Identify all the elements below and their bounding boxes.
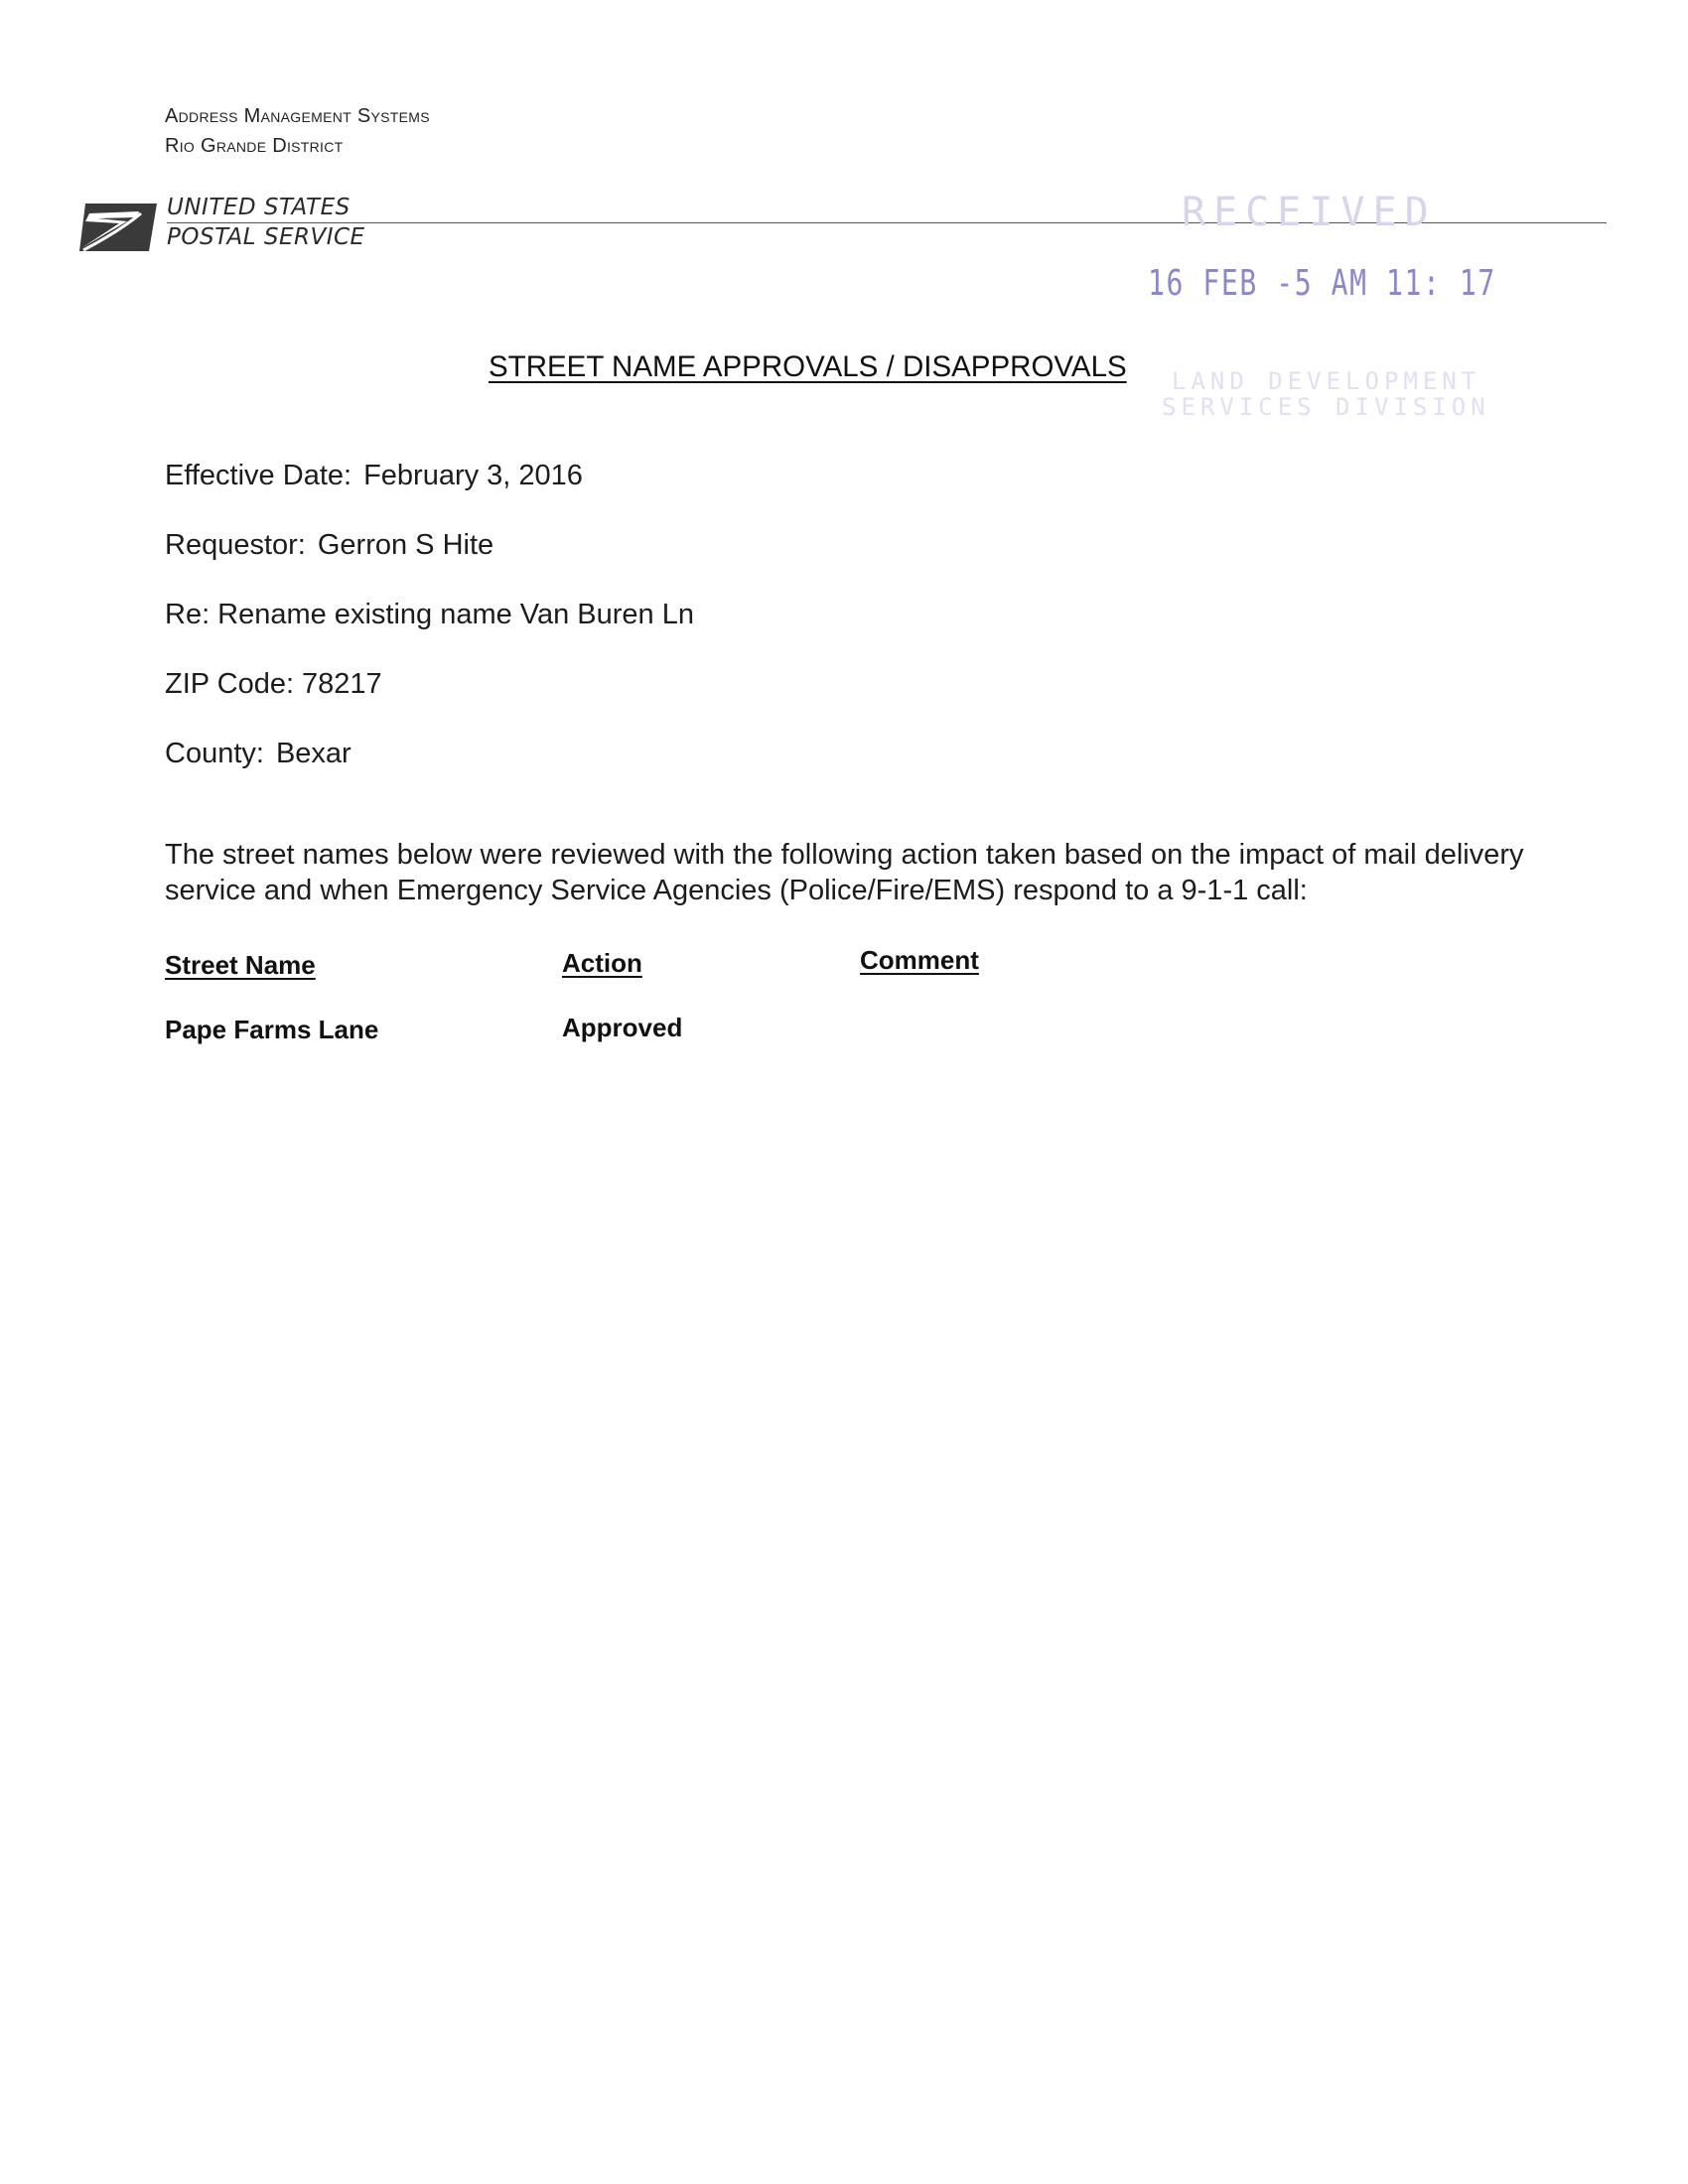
zip-code-label: ZIP Code: bbox=[165, 668, 294, 700]
effective-date-label: Effective Date: bbox=[165, 460, 352, 491]
department-name: Address Management Systems bbox=[165, 105, 430, 128]
table-row-action: Approved bbox=[562, 1013, 682, 1043]
zip-code-value: 78217 bbox=[302, 668, 382, 700]
org-name-line2: POSTAL SERVICE bbox=[167, 224, 365, 250]
table-row-street-name: Pape Farms Lane bbox=[165, 1015, 378, 1045]
subject-label: Re: bbox=[165, 599, 210, 630]
received-stamp-timestamp: 16 FEB -5 AM 11: 17 bbox=[1148, 263, 1496, 304]
county-field: County:Bexar bbox=[165, 738, 352, 770]
county-value: Bexar bbox=[276, 738, 352, 769]
org-name-line1: UNITED STATES bbox=[167, 195, 351, 220]
column-header-comment: Comment bbox=[860, 945, 979, 976]
page-title: STREET NAME APPROVALS / DISAPPROVALS bbox=[489, 350, 1127, 384]
received-stamp-label: RECEIVED bbox=[1182, 190, 1437, 235]
review-statement: The street names below were reviewed wit… bbox=[165, 837, 1555, 908]
district-name: Rio Grande District bbox=[165, 135, 343, 158]
effective-date-value: February 3, 2016 bbox=[363, 460, 583, 491]
column-header-action: Action bbox=[562, 948, 642, 979]
subject-value: Rename existing name Van Buren Ln bbox=[217, 599, 694, 630]
effective-date-field: Effective Date:February 3, 2016 bbox=[165, 460, 583, 492]
usps-eagle-logo-icon bbox=[79, 202, 157, 253]
requestor-value: Gerron S Hite bbox=[318, 529, 493, 561]
requestor-field: Requestor:Gerron S Hite bbox=[165, 529, 493, 562]
county-label: County: bbox=[165, 738, 264, 769]
column-header-street-name: Street Name bbox=[165, 950, 316, 981]
received-stamp-dept: LAND DEVELOPMENT bbox=[1172, 367, 1480, 395]
subject-field: Re:Rename existing name Van Buren Ln bbox=[165, 599, 694, 631]
zip-code-field: ZIP Code:78217 bbox=[165, 668, 382, 701]
requestor-label: Requestor: bbox=[165, 529, 306, 561]
received-stamp-division: SERVICES DIVISION bbox=[1162, 393, 1490, 421]
